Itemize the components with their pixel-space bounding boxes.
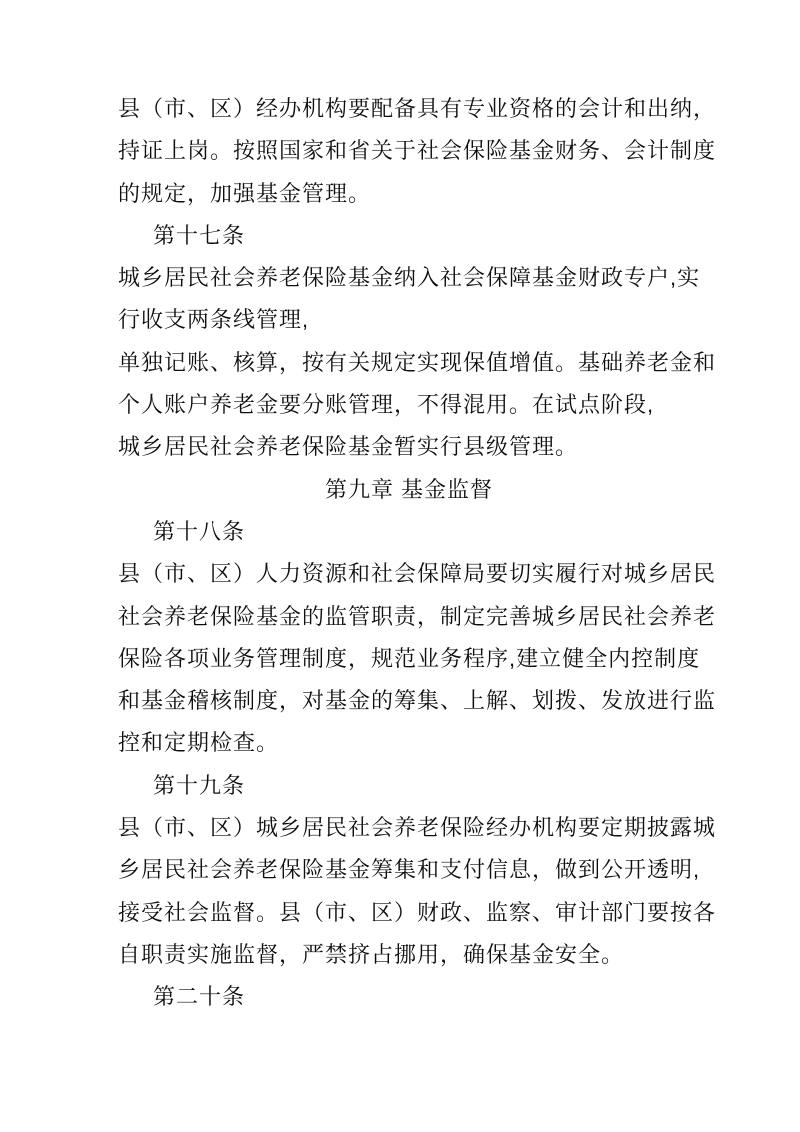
text-line: 接受社会监督。县（市、区）财政、监察、审计部门要按各 [118,892,700,934]
text-line: 和基金稽核制度，对基金的筹集、上解、划拨、发放进行监 [118,680,700,722]
text-line: 自职责实施监督，严禁挤占挪用，确保基金安全。 [118,934,700,976]
clause-heading: 第十七条 [118,215,700,257]
clause-heading: 第十八条 [118,511,700,553]
text-line: 城乡居民社会养老保险基金暂实行县级管理。 [118,426,700,468]
text-line: 控和定期检查。 [118,722,700,764]
text-line: 社会养老保险基金的监管职责，制定完善城乡居民社会养老 [118,596,700,638]
clause-heading: 第十九条 [118,765,700,807]
text-line: 县（市、区）经办机构要配备具有专业资格的会计和出纳， [118,88,700,130]
text-line: 持证上岗。按照国家和省关于社会保险基金财务、会计制度 [118,130,700,172]
text-line: 乡居民社会养老保险基金筹集和支付信息，做到公开透明, [118,849,700,891]
chapter-heading: 第九章 基金监督 [118,469,700,511]
text-line: 的规定，加强基金管理。 [118,173,700,215]
document-page: 县（市、区）经办机构要配备具有专业资格的会计和出纳， 持证上岗。按照国家和省关于… [0,0,800,1132]
text-line: 城乡居民社会养老保险基金纳入社会保障基金财政专户,实 [118,257,700,299]
text-line: 单独记账、核算，按有关规定实现保值增值。基础养老金和 [118,342,700,384]
text-line: 县（市、区）城乡居民社会养老保险经办机构要定期披露城 [118,807,700,849]
text-line: 保险各项业务管理制度，规范业务程序,建立健全内控制度 [118,638,700,680]
document-body: 县（市、区）经办机构要配备具有专业资格的会计和出纳， 持证上岗。按照国家和省关于… [118,88,700,1019]
text-line: 个人账户养老金要分账管理，不得混用。在试点阶段, [118,384,700,426]
text-line: 县（市、区）人力资源和社会保障局要切实履行对城乡居民 [118,553,700,595]
text-line: 行收支两条线管理, [118,299,700,341]
clause-heading: 第二十条 [118,976,700,1018]
